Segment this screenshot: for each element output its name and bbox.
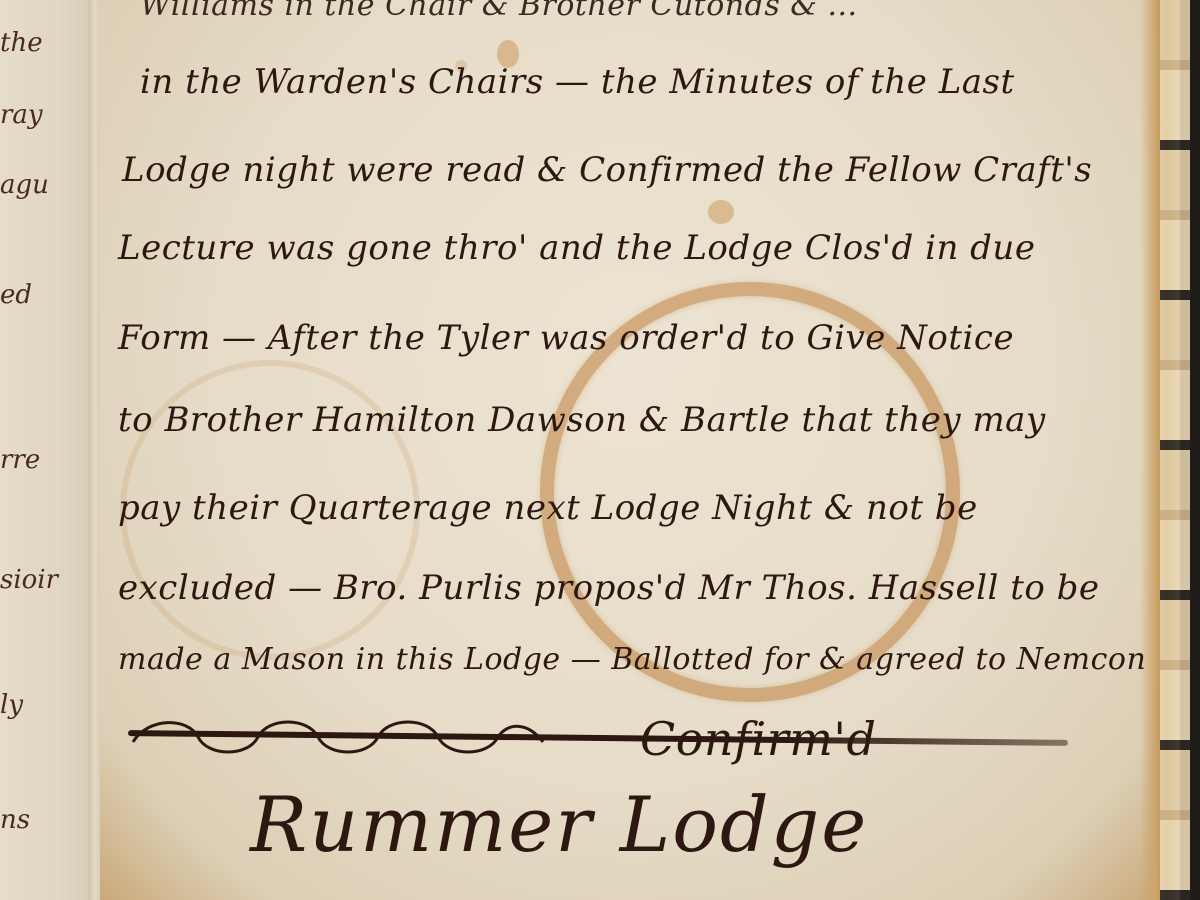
manuscript-line-5: Form — After the Tyler was order'd to Gi… <box>118 318 1014 358</box>
manuscript-line-9: made a Mason in this Lodge — Ballotted f… <box>118 642 1146 677</box>
left-fragment: the <box>0 28 43 58</box>
left-fragment: rre <box>0 445 40 475</box>
left-facing-page: the ray agu ed rre sioir ly ns <box>0 0 96 900</box>
left-fragment: ly <box>0 690 23 720</box>
confirmation-mark: Confirm'd <box>640 712 876 766</box>
lodge-heading: Rummer Lodge <box>250 780 868 869</box>
stain-spot <box>708 200 734 224</box>
torn-page-edges <box>1160 0 1190 900</box>
left-fragment: ray <box>0 100 43 130</box>
left-fragment: ed <box>0 280 32 310</box>
manuscript-line-7: pay their Quarterage next Lodge Night & … <box>118 488 978 528</box>
manuscript-photo: the ray agu ed rre sioir ly ns Williams … <box>0 0 1200 900</box>
manuscript-line-2: in the Warden's Chairs — the Minutes of … <box>140 62 1015 102</box>
manuscript-line-4: Lecture was gone thro' and the Lodge Clo… <box>118 228 1035 268</box>
manuscript-line-3: Lodge night were read & Confirmed the Fe… <box>122 150 1092 190</box>
left-fragment: agu <box>0 170 49 200</box>
manuscript-line-6: to Brother Hamilton Dawson & Bartle that… <box>118 400 1046 440</box>
manuscript-line-1: Williams in the Chair & Brother Cutonds … <box>140 0 858 23</box>
left-fragment: sioir <box>0 565 58 595</box>
left-fragment: ns <box>0 805 30 835</box>
manuscript-line-8: excluded — Bro. Purlis propos'd Mr Thos.… <box>118 568 1100 608</box>
